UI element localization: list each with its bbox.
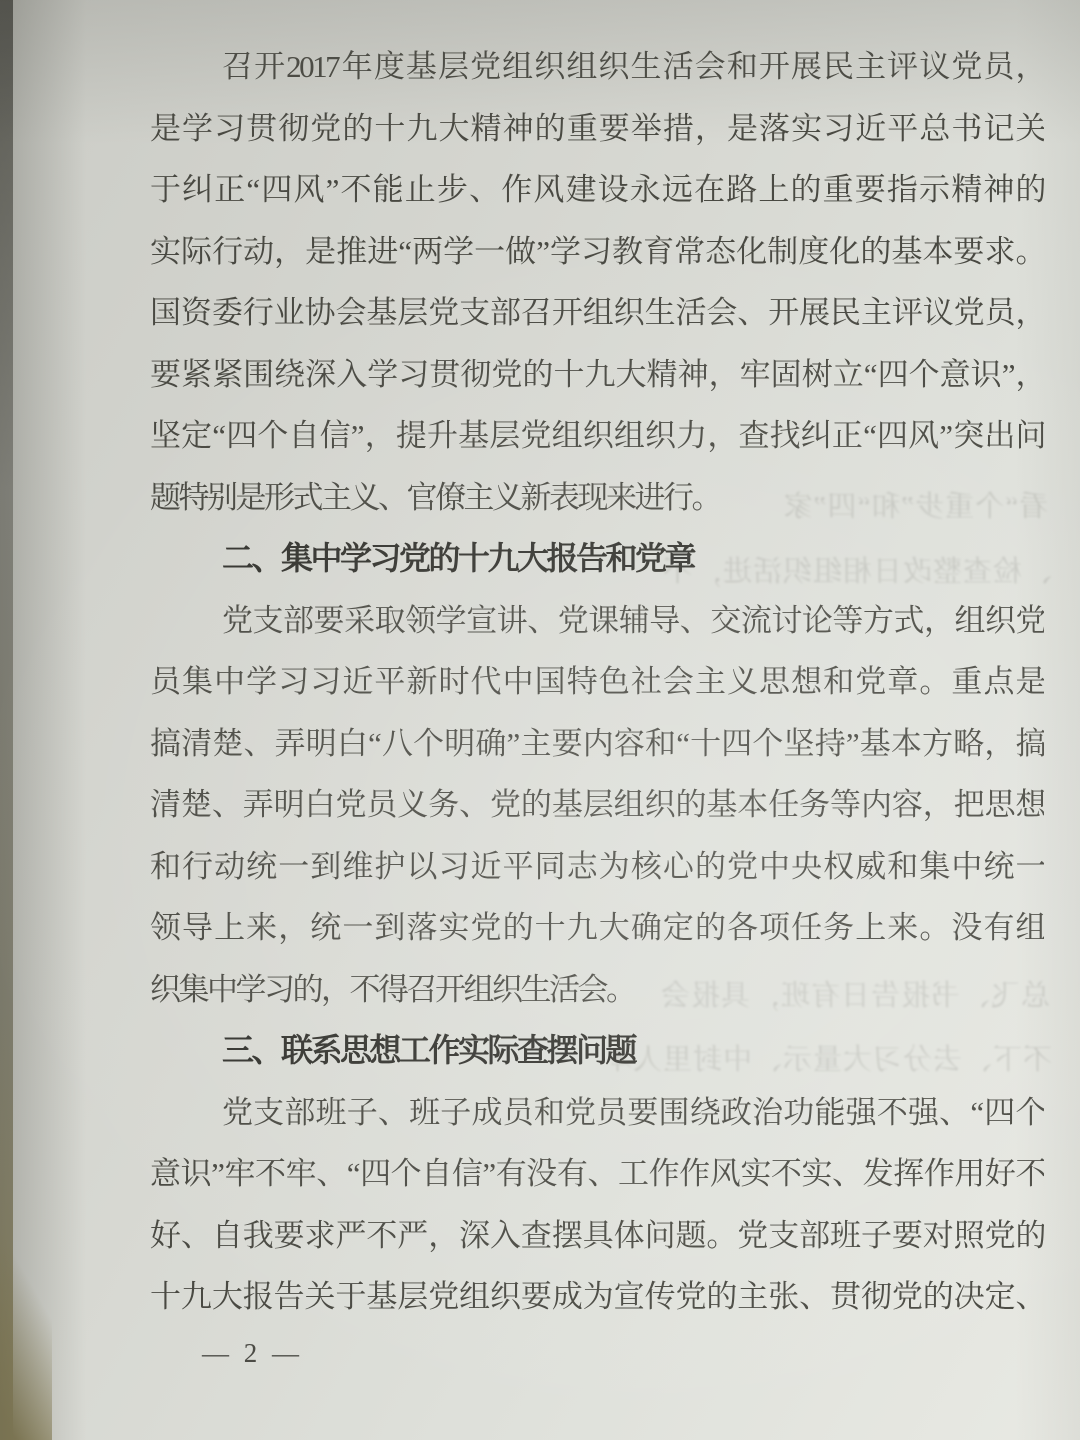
document-body: 召开2017年度基层党组织组织生活会和开展民主评议党员， 是学习贯彻党的十九大精… xyxy=(150,36,1044,1328)
text-line: 十九大报告关于基层党组织要成为宣传党的主张、贯彻党的决定、 xyxy=(150,1266,1044,1328)
text-line: 清楚、弄明白党员义务、党的基层组织的基本任务等内容，把思想 xyxy=(150,774,1044,836)
text-line: 实际行动，是推进“两学一做”学习教育常态化制度化的基本要求。 xyxy=(150,221,1044,283)
text-line: 领导上来，统一到落实党的十九大确定的各项任务上来。没有组 xyxy=(150,897,1044,959)
text-line: 员集中学习习近平新时代中国特色社会主义思想和党章。重点是 xyxy=(150,651,1044,713)
section-heading: 二、集中学习党的十九大报告和党章 xyxy=(150,528,1044,590)
text-line: 题特别是形式主义、官僚主义新表现来进行。 xyxy=(150,467,1044,529)
document-photo: 看“个重步”和“四”家 、检查整改日相组织活进，不 总飞、书报告日有班，具报会 … xyxy=(0,0,1080,1440)
text-line: 于纠正“四风”不能止步、作风建设永远在路上的重要指示精神的 xyxy=(150,159,1044,221)
text-line: 党支部要采取领学宣讲、党课辅导、交流讨论等方式，组织党 xyxy=(150,590,1044,652)
text-line: 和行动统一到维护以习近平同志为核心的党中央权威和集中统一 xyxy=(150,836,1044,898)
text-line: 党支部班子、班子成员和党员要围绕政治功能强不强、“四个 xyxy=(150,1082,1044,1144)
text-line: 是学习贯彻党的十九大精神的重要举措，是落实习近平总书记关 xyxy=(150,98,1044,160)
text-line: 好、自我要求严不严，深入查摆具体问题。党支部班子要对照党的 xyxy=(150,1205,1044,1267)
text-line: 召开2017年度基层党组织组织生活会和开展民主评议党员， xyxy=(150,36,1044,98)
text-line: 国资委行业协会基层党支部召开组织生活会、开展民主评议党员， xyxy=(150,282,1044,344)
text-line: 坚定“四个自信”，提升基层党组织组织力，查找纠正“四风”突出问 xyxy=(150,405,1044,467)
text-line: 搞清楚、弄明白“八个明确”主要内容和“十四个坚持”基本方略，搞 xyxy=(150,713,1044,775)
desk-surface-corner xyxy=(0,1190,52,1440)
text-line: 意识”牢不牢、“四个自信”有没有、工作作风实不实、发挥作用好不 xyxy=(150,1143,1044,1205)
text-line: 织集中学习的，不得召开组织生活会。 xyxy=(150,959,1044,1021)
section-heading: 三、联系思想工作实际查摆问题 xyxy=(150,1020,1044,1082)
page-number: — 2 — xyxy=(202,1338,303,1369)
text-line: 要紧紧围绕深入学习贯彻党的十九大精神，牢固树立“四个意识”， xyxy=(150,344,1044,406)
